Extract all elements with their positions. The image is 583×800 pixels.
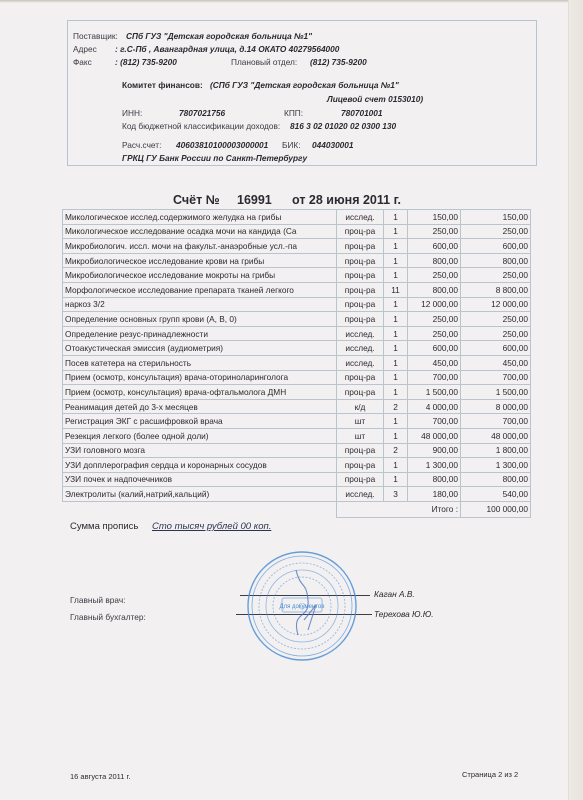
cell-qty: 1	[384, 428, 408, 443]
table-row: Реанимация детей до 3-х месяцевк/д24 000…	[63, 399, 531, 414]
invoice-date: от 28 июня 2011 г.	[292, 193, 401, 207]
cell-unit: проц-ра	[337, 253, 384, 268]
stamp-text: Для документов	[280, 604, 325, 610]
table-row: УЗИ почек и надпочечниковпроц-ра1800,008…	[63, 472, 531, 487]
cell-price: 250,00	[408, 268, 461, 283]
cell-total: 450,00	[461, 355, 531, 370]
cell-name: Морфологическое исследование препарата т…	[63, 282, 337, 297]
cell-price: 700,00	[408, 370, 461, 385]
cell-total: 150,00	[461, 210, 531, 225]
cell-name: Микологическое исследование осадка мочи …	[63, 224, 337, 239]
planning-dept-value: (812) 735-9200	[310, 57, 367, 67]
cell-unit: проц-ра	[337, 443, 384, 458]
cell-name: Реанимация детей до 3-х месяцев	[63, 399, 337, 414]
cell-total: 12 000,00	[461, 297, 531, 312]
cell-unit: проц-ра	[337, 268, 384, 283]
cell-name: УЗИ допплерография сердца и коронарных с…	[63, 458, 337, 473]
cell-unit: проц-ра	[337, 472, 384, 487]
cell-unit: проц-ра	[337, 297, 384, 312]
cell-unit: исслед.	[337, 487, 384, 502]
table-row: Микробиологич. иссл. мочи на факульт.-ан…	[63, 239, 531, 254]
table-row: УЗИ допплерография сердца и коронарных с…	[63, 458, 531, 473]
fax-value: : (812) 735-9200	[115, 57, 177, 67]
chief-accountant-name: Терехова Ю.Ю.	[374, 609, 434, 619]
table-row: УЗИ головного мозгапроц-ра2900,001 800,0…	[63, 443, 531, 458]
cell-unit: исслед.	[337, 210, 384, 225]
table-row: Резекция легкого (более одной доли)шт148…	[63, 428, 531, 443]
cell-price: 1 300,00	[408, 458, 461, 473]
total-label: Итого :	[337, 501, 461, 517]
table-row: Регистрация ЭКГ с расшифровкой врачашт17…	[63, 414, 531, 429]
cell-total: 1 500,00	[461, 385, 531, 400]
cell-total: 8 000,00	[461, 399, 531, 414]
bik-value: 044030001	[312, 140, 354, 150]
cell-unit: проц-ра	[337, 370, 384, 385]
cell-qty: 1	[384, 224, 408, 239]
sum-in-words-label: Сумма пропись	[70, 521, 138, 532]
cell-name: УЗИ почек и надпочечников	[63, 472, 337, 487]
cell-total: 48 000,00	[461, 428, 531, 443]
cell-qty: 2	[384, 443, 408, 458]
cell-unit: проц-ра	[337, 282, 384, 297]
cell-total: 540,00	[461, 487, 531, 502]
cell-qty: 1	[384, 370, 408, 385]
total-row: Итого : 100 000,00	[63, 501, 531, 517]
cell-price: 450,00	[408, 355, 461, 370]
cell-unit: шт	[337, 428, 384, 443]
supplier-label: Поставщик:	[73, 31, 118, 41]
account-value: 40603810100003000001	[176, 140, 268, 150]
cell-name: Отоакустическая эмиссия (аудиометрия)	[63, 341, 337, 356]
cell-total: 1 300,00	[461, 458, 531, 473]
cell-name: Микробиологическое исследование мокроты …	[63, 268, 337, 283]
cell-price: 1 500,00	[408, 385, 461, 400]
cell-qty: 1	[384, 385, 408, 400]
planning-dept-label: Плановый отдел:	[231, 57, 297, 67]
cell-total: 250,00	[461, 326, 531, 341]
cell-unit: к/д	[337, 399, 384, 414]
cell-unit: проц-ра	[337, 312, 384, 327]
kpp-label: КПП:	[284, 108, 303, 118]
cell-name: Посев катетера на стерильность	[63, 355, 337, 370]
cell-total: 250,00	[461, 312, 531, 327]
committee-value: (СПб ГУЗ "Детская городская больница №1"	[210, 80, 399, 90]
supplier-value: СПб ГУЗ "Детская городская больница №1"	[126, 31, 312, 41]
table-row: Микологическое исслед.содержимого желудк…	[63, 210, 531, 225]
cell-qty: 1	[384, 355, 408, 370]
cell-name: Резекция легкого (более одной доли)	[63, 428, 337, 443]
cell-unit: исслед.	[337, 326, 384, 341]
kbk-label: Код бюджетной классификации доходов:	[122, 121, 280, 131]
cell-qty: 1	[384, 239, 408, 254]
cell-name: Определение основных групп крови (А, В, …	[63, 312, 337, 327]
cell-total: 800,00	[461, 472, 531, 487]
cell-qty: 1	[384, 297, 408, 312]
cell-unit: проц-ра	[337, 239, 384, 254]
chief-doctor-label: Главный врач:	[70, 595, 125, 605]
cell-name: Микологическое исслед.содержимого желудк…	[63, 210, 337, 225]
cell-name: Прием (осмотр, консультация) врача-офтал…	[63, 385, 337, 400]
footer-date: 16 августа 2011 г.	[70, 772, 130, 781]
cell-unit: проц-ра	[337, 458, 384, 473]
cell-price: 48 000,00	[408, 428, 461, 443]
cell-qty: 1	[384, 472, 408, 487]
table-row: Прием (осмотр, консультация) врача-офтал…	[63, 385, 531, 400]
committee-label: Комитет финансов:	[122, 80, 203, 90]
cell-qty: 2	[384, 399, 408, 414]
cell-price: 250,00	[408, 326, 461, 341]
cell-price: 150,00	[408, 210, 461, 225]
table-row: Микологическое исследование осадка мочи …	[63, 224, 531, 239]
scan-right-edge	[568, 0, 583, 800]
cell-price: 12 000,00	[408, 297, 461, 312]
sum-in-words-value: Сто тысяч рублей 00 коп.	[152, 521, 271, 532]
cell-price: 800,00	[408, 282, 461, 297]
personal-account: Лицевой счет 0153010)	[327, 94, 423, 104]
total-row-spacer	[63, 501, 337, 517]
cell-qty: 1	[384, 253, 408, 268]
cell-price: 250,00	[408, 312, 461, 327]
page-number: Страница 2 из 2	[462, 770, 518, 779]
cell-price: 600,00	[408, 341, 461, 356]
table-row: Прием (осмотр, консультация) врача-отори…	[63, 370, 531, 385]
bank-name: ГРКЦ ГУ Банк России по Санкт-Петербургу	[122, 153, 307, 163]
cell-price: 800,00	[408, 253, 461, 268]
cell-unit: шт	[337, 414, 384, 429]
cell-unit: проц-ра	[337, 224, 384, 239]
cell-price: 180,00	[408, 487, 461, 502]
table-row: наркоз 3/2проц-ра112 000,0012 000,00	[63, 297, 531, 312]
cell-name: Прием (осмотр, консультация) врача-отори…	[63, 370, 337, 385]
fax-label: Факс	[73, 57, 92, 67]
cell-price: 900,00	[408, 443, 461, 458]
cell-qty: 1	[384, 268, 408, 283]
table-row: Определение резус-принадлежностиисслед.1…	[63, 326, 531, 341]
table-row: Микробиологическое исследование мокроты …	[63, 268, 531, 283]
official-stamp-icon: Для документов	[246, 550, 358, 662]
inn-label: ИНН:	[122, 108, 142, 118]
cell-name: наркоз 3/2	[63, 297, 337, 312]
kpp-value: 780701001	[341, 108, 383, 118]
cell-name: Электролиты (калий,натрий,кальций)	[63, 487, 337, 502]
scan-top-edge	[0, 0, 583, 3]
cell-total: 600,00	[461, 341, 531, 356]
cell-name: УЗИ головного мозга	[63, 443, 337, 458]
cell-unit: проц-ра	[337, 385, 384, 400]
cell-qty: 1	[384, 414, 408, 429]
cell-total: 250,00	[461, 268, 531, 283]
cell-price: 700,00	[408, 414, 461, 429]
services-table: Микологическое исслед.содержимого желудк…	[62, 209, 531, 518]
invoice-number: 16991	[237, 193, 272, 207]
cell-total: 700,00	[461, 414, 531, 429]
bik-label: БИК:	[282, 140, 301, 150]
cell-qty: 1	[384, 210, 408, 225]
cell-name: Регистрация ЭКГ с расшифровкой врача	[63, 414, 337, 429]
address-label: Адрес	[73, 44, 97, 54]
cell-name: Микробиологич. иссл. мочи на факульт.-ан…	[63, 239, 337, 254]
total-value: 100 000,00	[461, 501, 531, 517]
table-row: Определение основных групп крови (А, В, …	[63, 312, 531, 327]
inn-value: 7807021756	[179, 108, 225, 118]
cell-price: 4 000,00	[408, 399, 461, 414]
cell-qty: 1	[384, 326, 408, 341]
kbk-value: 816 3 02 01020 02 0300 130	[290, 121, 396, 131]
chief-doctor-name: Каган А.В.	[374, 589, 415, 599]
cell-total: 800,00	[461, 253, 531, 268]
chief-accountant-label: Главный бухгалтер:	[70, 612, 146, 622]
account-label: Расч.счет:	[122, 140, 161, 150]
cell-name: Микробиологическое исследование крови на…	[63, 253, 337, 268]
cell-price: 800,00	[408, 472, 461, 487]
cell-total: 1 800,00	[461, 443, 531, 458]
cell-unit: исслед.	[337, 341, 384, 356]
cell-total: 600,00	[461, 239, 531, 254]
invoice-label: Счёт №	[173, 193, 220, 207]
address-value: : г.С-Пб , Авангардная улица, д.14 ОКАТО…	[115, 44, 339, 54]
table-row: Отоакустическая эмиссия (аудиометрия)исс…	[63, 341, 531, 356]
cell-qty: 1	[384, 458, 408, 473]
cell-qty: 11	[384, 282, 408, 297]
table-row: Электролиты (калий,натрий,кальций)исслед…	[63, 487, 531, 502]
table-row: Микробиологическое исследование крови на…	[63, 253, 531, 268]
cell-unit: исслед.	[337, 355, 384, 370]
table-row: Морфологическое исследование препарата т…	[63, 282, 531, 297]
table-row: Посев катетера на стерильностьисслед.145…	[63, 355, 531, 370]
cell-qty: 3	[384, 487, 408, 502]
cell-qty: 1	[384, 341, 408, 356]
cell-price: 250,00	[408, 224, 461, 239]
cell-total: 700,00	[461, 370, 531, 385]
cell-name: Определение резус-принадлежности	[63, 326, 337, 341]
cell-total: 8 800,00	[461, 282, 531, 297]
cell-total: 250,00	[461, 224, 531, 239]
cell-price: 600,00	[408, 239, 461, 254]
cell-qty: 1	[384, 312, 408, 327]
